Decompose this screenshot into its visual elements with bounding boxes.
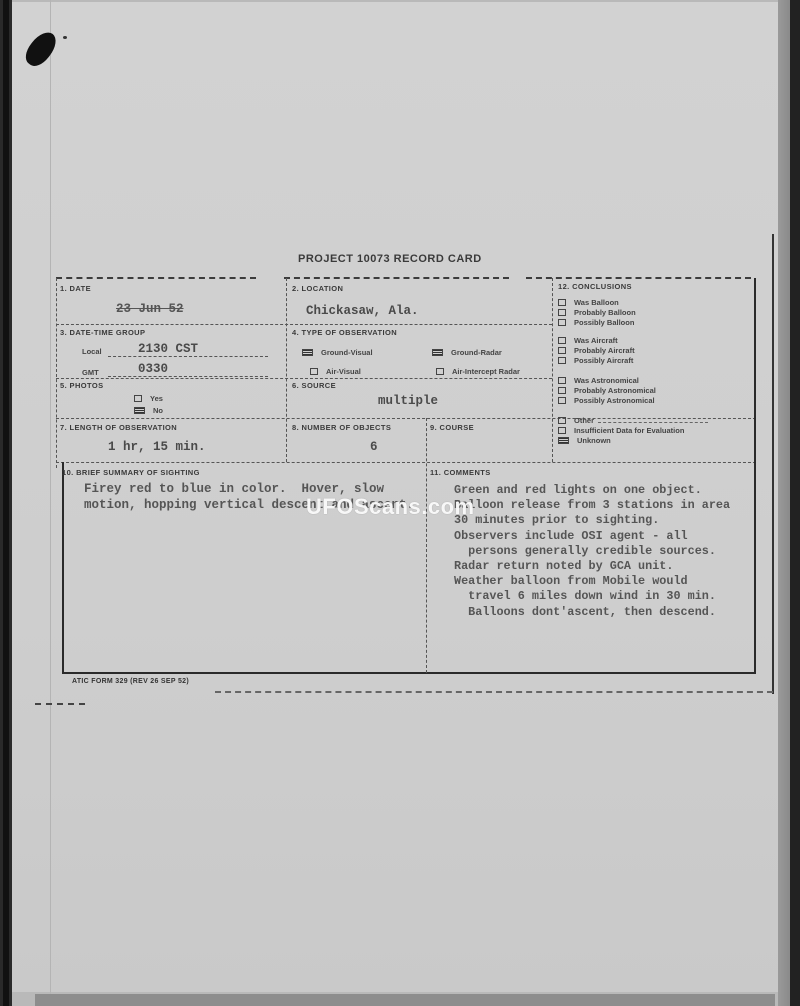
rule-left-lower xyxy=(62,462,64,674)
location-value: Chickasaw, Ala. xyxy=(306,304,419,318)
checkbox-icon xyxy=(436,368,444,375)
location-label: 2. LOCATION xyxy=(292,284,343,293)
checkbox-icon xyxy=(558,309,566,316)
scan-edge-right-shadow xyxy=(778,0,790,1006)
watermark: UFOScans.com xyxy=(306,494,475,520)
checkbox-icon xyxy=(310,368,318,375)
gmt-value: 0330 xyxy=(138,362,168,376)
option-photos-yes[interactable]: Yes xyxy=(134,394,163,403)
option-was-aircraft[interactable]: Was Aircraft xyxy=(558,336,708,346)
form-id: ATIC FORM 329 (REV 26 SEP 52) xyxy=(72,678,189,685)
option-possibly-aircraft[interactable]: Possibly Aircraft xyxy=(558,356,708,366)
number-of-objects-label: 8. NUMBER OF OBJECTS xyxy=(292,423,391,432)
rule-col-comments xyxy=(426,418,427,673)
checkbox-icon xyxy=(558,347,566,354)
checkbox-checked-icon xyxy=(558,437,569,444)
type-of-observation-label: 4. TYPE OF OBSERVATION xyxy=(292,328,397,337)
option-insufficient-data[interactable]: Insufficient Data for Evaluation xyxy=(558,426,708,436)
brief-summary-label: 10. BRIEF SUMMARY OF SIGHTING xyxy=(62,468,200,477)
photos-label: 5. PHOTOS xyxy=(60,381,103,390)
rule-top-2 xyxy=(284,277,509,279)
checkbox-icon xyxy=(558,337,566,344)
rule-right xyxy=(754,278,756,674)
rule-top-3 xyxy=(526,277,751,279)
option-was-balloon[interactable]: Was Balloon xyxy=(558,298,708,308)
page-margin-line xyxy=(50,0,51,1006)
option-photos-no[interactable]: No xyxy=(134,406,163,415)
rule-row-2 xyxy=(56,324,552,325)
rule-col-2 xyxy=(286,278,287,462)
footer-rule xyxy=(215,691,773,693)
checkbox-icon xyxy=(134,395,142,402)
source-value: multiple xyxy=(378,394,438,408)
scan-edge-right xyxy=(790,0,800,1006)
checkbox-icon xyxy=(558,417,566,424)
local-time-value: 2130 CST xyxy=(138,342,198,356)
card-title: PROJECT 10073 RECORD CARD xyxy=(298,253,482,265)
rule-left-upper xyxy=(56,278,57,468)
rule-top-1 xyxy=(56,277,256,279)
ink-speck xyxy=(63,36,67,39)
checkbox-icon xyxy=(558,387,566,394)
checkbox-checked-icon xyxy=(302,349,313,356)
option-air-visual[interactable]: Air-Visual xyxy=(310,367,361,376)
option-other[interactable]: Other xyxy=(558,416,708,426)
other-underline xyxy=(598,422,708,423)
option-probably-aircraft[interactable]: Probably Aircraft xyxy=(558,346,708,356)
footer-mark xyxy=(35,703,85,705)
rule-bottom xyxy=(62,672,756,674)
date-value: 23 Jun 52 xyxy=(116,302,184,316)
record-card: 1. DATE 23 Jun 52 2. LOCATION Chickasaw,… xyxy=(56,272,756,677)
conclusions-label: 12. CONCLUSIONS xyxy=(558,282,632,291)
option-unknown[interactable]: Unknown xyxy=(558,436,708,446)
rule-row-3 xyxy=(56,378,552,379)
comments-text: Green and red lights on one object.Ballo… xyxy=(454,483,730,620)
option-possibly-balloon[interactable]: Possibly Balloon xyxy=(558,318,708,328)
date-label: 1. DATE xyxy=(60,284,91,293)
checkbox-icon xyxy=(558,319,566,326)
checkbox-checked-icon xyxy=(432,349,443,356)
scan-edge-left-inner xyxy=(3,0,9,1006)
course-label: 9. COURSE xyxy=(430,423,474,432)
checkbox-checked-icon xyxy=(134,407,145,414)
conclusions-list: Was Balloon Probably Balloon Possibly Ba… xyxy=(558,298,708,446)
length-of-observation-label: 7. LENGTH OF OBSERVATION xyxy=(60,423,177,432)
option-possibly-astronomical[interactable]: Possibly Astronomical xyxy=(558,396,708,406)
comments-label: 11. COMMENTS xyxy=(430,468,491,477)
option-probably-balloon[interactable]: Probably Balloon xyxy=(558,308,708,318)
option-probably-astronomical[interactable]: Probably Astronomical xyxy=(558,386,708,396)
checkbox-icon xyxy=(558,427,566,434)
rule-col-conclusions xyxy=(552,278,553,462)
option-was-astronomical[interactable]: Was Astronomical xyxy=(558,376,708,386)
gmt-label: GMT xyxy=(82,368,99,377)
local-time-underline xyxy=(108,356,268,357)
option-ground-visual[interactable]: Ground-Visual xyxy=(302,348,373,357)
date-time-group-label: 3. DATE-TIME GROUP xyxy=(60,328,145,337)
number-of-objects-value: 6 xyxy=(370,440,378,454)
rule-row-5 xyxy=(56,462,756,463)
option-air-intercept-radar[interactable]: Air-Intercept Radar xyxy=(436,367,520,376)
option-ground-radar[interactable]: Ground-Radar xyxy=(432,348,502,357)
scan-edge-bottom xyxy=(35,994,775,1006)
source-label: 6. SOURCE xyxy=(292,381,336,390)
card-outer-edge xyxy=(772,234,774,694)
checkbox-icon xyxy=(558,299,566,306)
checkbox-icon xyxy=(558,397,566,404)
length-of-observation-value: 1 hr, 15 min. xyxy=(108,440,206,454)
checkbox-icon xyxy=(558,377,566,384)
checkbox-icon xyxy=(558,357,566,364)
gmt-underline xyxy=(108,376,268,377)
local-time-label: Local xyxy=(82,347,102,356)
